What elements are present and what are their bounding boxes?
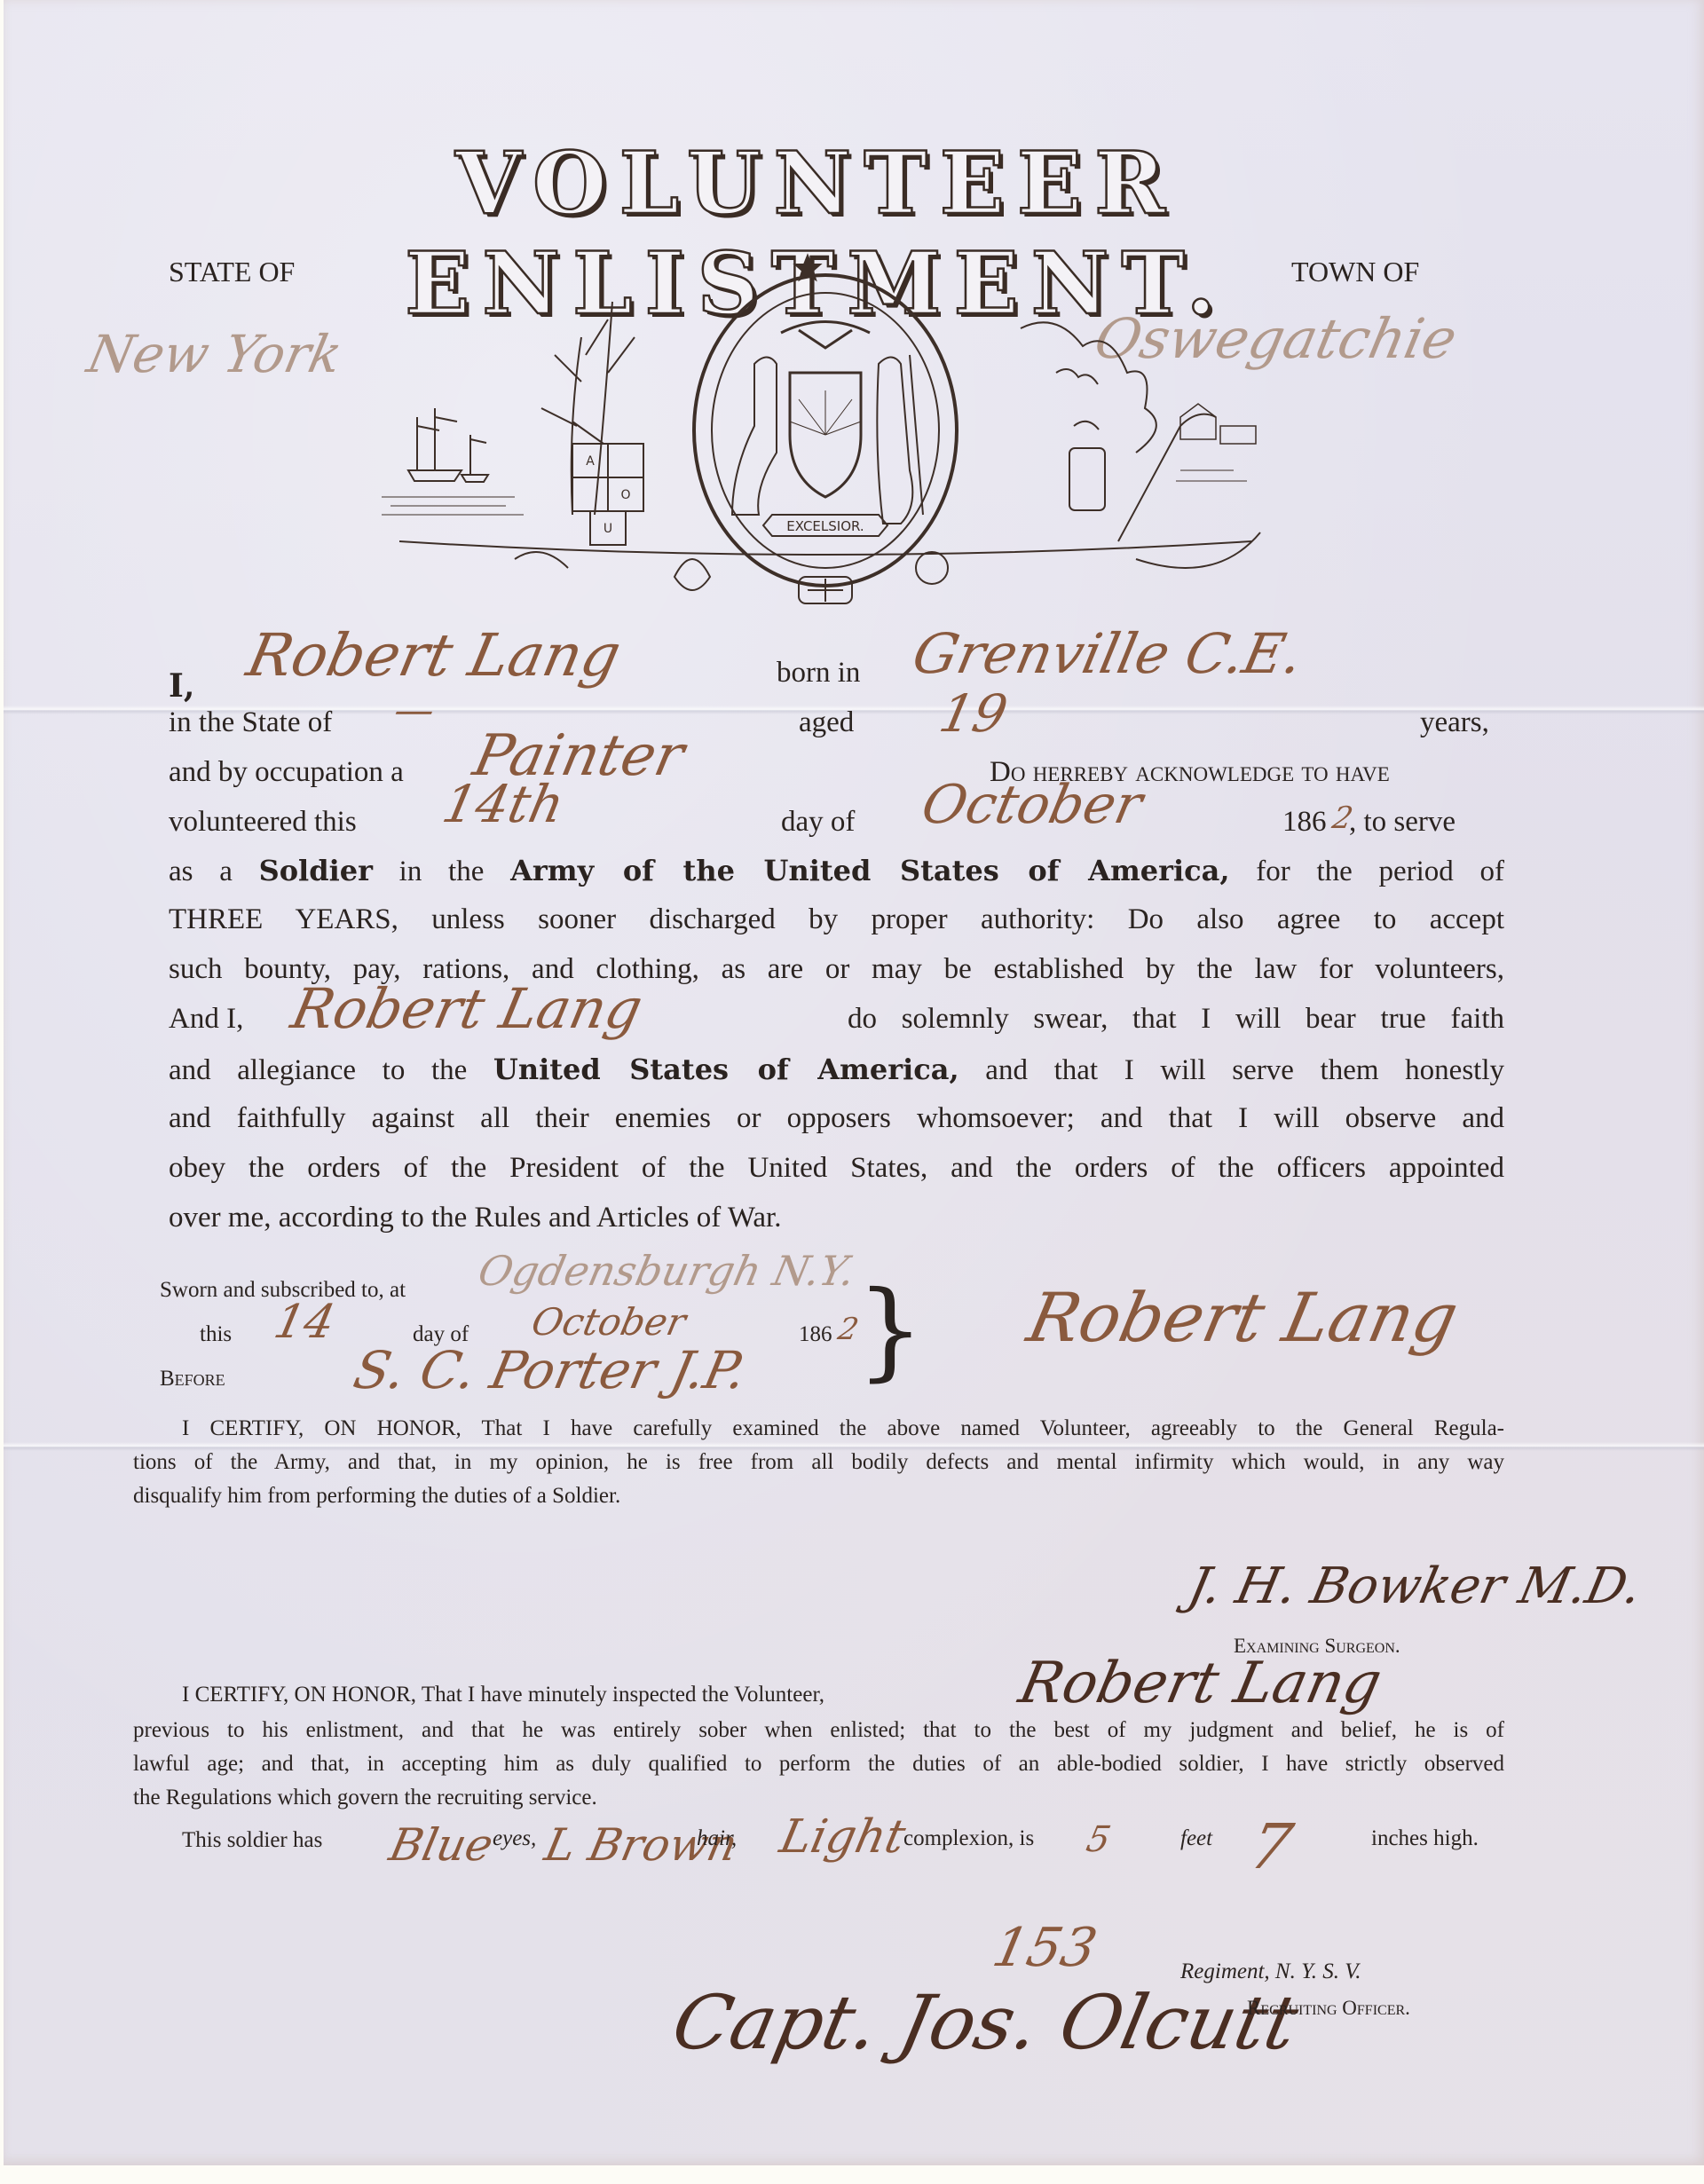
sworn-place-value: Ogdensburgh N.Y. <box>474 1247 859 1295</box>
bale-letter: U <box>603 522 612 536</box>
inches-label: inches high. <box>1371 1826 1479 1851</box>
eyes-label: eyes, <box>493 1826 536 1851</box>
recruiting-officer-signature: Capt. Jos. Olcutt <box>666 1979 1306 2066</box>
oath-line-6: THREE YEARS, unless sooner discharged by… <box>169 903 1504 936</box>
volunteered-label: volunteered this <box>169 806 357 839</box>
hair-label: hair, <box>697 1826 737 1851</box>
bale-letter: O <box>620 488 630 502</box>
swear-text: do solemnly swear, that I will bear true… <box>848 1003 1504 1036</box>
brace: } <box>856 1278 924 1384</box>
sworn-month-value: October <box>528 1300 690 1344</box>
text: in the <box>399 855 485 887</box>
bale-letter: A <box>586 454 595 469</box>
birthplace-value: Grenville C.E. <box>907 621 1308 686</box>
feet-label: feet <box>1180 1826 1212 1851</box>
seal-motto: EXCELSIOR. <box>786 518 864 534</box>
years-label: years, <box>1420 706 1489 739</box>
volunteer-name: Robert Lang <box>241 621 627 690</box>
sworn-day-value: 14 <box>270 1296 340 1349</box>
soldier-bold: Soldier <box>259 854 373 887</box>
born-in-label: born in <box>777 657 860 690</box>
occupation-label: and by occupation a <box>169 756 404 789</box>
enlist-day-value: 14th <box>438 774 570 834</box>
complexion-label: complexion, is <box>903 1826 1034 1851</box>
oath-line-12: over me, according to the Rules and Arti… <box>169 1202 781 1234</box>
officer-cert-line-4: the Regulations which govern the recruit… <box>133 1786 597 1810</box>
before-label: Before <box>160 1367 225 1392</box>
oath-line-11: obey the orders of the President of the … <box>169 1152 1504 1185</box>
oath-name-value: Robert Lang <box>286 976 648 1041</box>
complexion-value: Light <box>776 1810 911 1864</box>
text: and allegiance to the <box>169 1054 467 1086</box>
surgeon-signature: J. H. Bowker M.D. <box>1183 1557 1646 1615</box>
day-of-label: day of <box>781 806 855 839</box>
surgeon-cert-line-1: I CERTIFY, ON HONOR, That I have careful… <box>182 1416 1504 1441</box>
oath-line-9: and allegiance to the United States of A… <box>169 1053 1504 1087</box>
text: as a <box>169 855 233 887</box>
usa-bold: United States of America, <box>493 1053 959 1086</box>
description-label: This soldier has <box>182 1828 322 1853</box>
state-value: New York <box>83 324 348 384</box>
surgeon-cert-line-2: tions of the Army, and that, in my opini… <box>133 1450 1504 1475</box>
eyes-value: Blue <box>385 1819 498 1871</box>
text: for the period of <box>1256 855 1504 887</box>
state-label: STATE OF <box>169 256 295 288</box>
new-york-state-seal-engraving: EXCELSIOR. A O U <box>382 248 1269 621</box>
text: and that I will serve them honestly <box>985 1054 1504 1086</box>
aged-label: aged <box>799 706 854 739</box>
army-bold: Army of the United States of America, <box>510 854 1229 887</box>
i-label: I, <box>169 667 194 705</box>
this-label: this <box>200 1322 232 1347</box>
sworn-year-prefix: 186 <box>799 1322 832 1347</box>
oath-line-5: as a Soldier in the Army of the United S… <box>169 854 1504 888</box>
official-signature: S. C. Porter J.P. <box>349 1340 752 1400</box>
year-prefix: 186 <box>1282 806 1327 839</box>
officer-cert-line-2: previous to his enlistment, and that he … <box>133 1718 1504 1743</box>
town-label: TOWN OF <box>1291 256 1419 288</box>
recruiting-officer-role: Recruiting Officer. <box>1247 1997 1410 2020</box>
regiment-number-value: 153 <box>988 1917 1102 1979</box>
surgeon-cert-line-3: disqualify him from performing the dutie… <box>133 1484 620 1509</box>
and-i-label: And I, <box>169 1003 243 1036</box>
volunteer-signature: Robert Lang <box>1022 1278 1465 1357</box>
officer-cert-line-3: lawful age; and that, in accepting him a… <box>133 1752 1504 1777</box>
age-value: 19 <box>935 683 1013 744</box>
officer-cert-volunteer-signature: Robert Lang <box>1014 1651 1387 1716</box>
officer-cert-line-1: I CERTIFY, ON HONOR, That I have minutel… <box>182 1683 824 1707</box>
enlist-month-value: October <box>917 774 1148 836</box>
state-of-label: in the State of <box>169 706 332 739</box>
to-serve-label: , to serve <box>1349 806 1455 839</box>
oath-line-10: and faithfully against all their enemies… <box>169 1102 1504 1135</box>
